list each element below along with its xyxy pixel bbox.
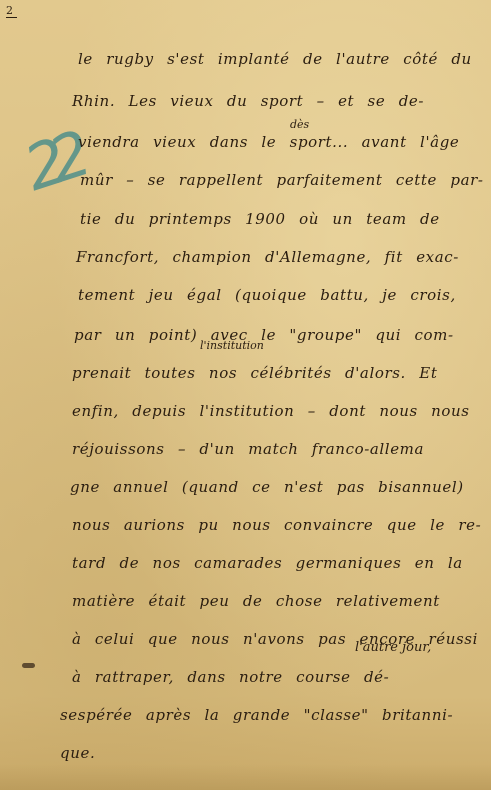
insertion-above: l'institution xyxy=(200,339,264,352)
text-line: Rhin. Les vieux du sport – et se de- xyxy=(72,92,485,110)
text-line: prenait toutes nos célébrités d'alors. E… xyxy=(72,364,485,382)
text-line: mûr – se rappellent parfaitement cette p… xyxy=(80,171,485,189)
text-line: que. xyxy=(60,744,485,762)
text-line: matière était peu de chose relativement xyxy=(72,592,485,610)
paper-fold-shadow xyxy=(0,764,491,790)
text-line: Francfort, champion d'Allemagne, fit exa… xyxy=(76,248,485,266)
text-line: tie du printemps 1900 où un team de xyxy=(80,210,485,228)
text-line: sespérée après la grande "classe" britan… xyxy=(60,706,485,724)
manuscript-page: 2 22 le rugby s'est implanté de l'autre … xyxy=(0,0,491,790)
page-number: 2 xyxy=(6,4,17,18)
text-line: tement jeu égal (quoique battu, je crois… xyxy=(78,286,485,304)
text-line: nous aurions pu nous convaincre que le r… xyxy=(72,516,485,534)
insertion-above: l'autre jour, xyxy=(355,640,431,655)
archive-number-mark: 22 xyxy=(18,126,86,201)
text-line: enfin, depuis l'institution – dont nous … xyxy=(72,402,485,420)
text-line: par un point) avec le "groupe" qui com- xyxy=(74,326,485,344)
text-line: à rattraper, dans notre course dé- xyxy=(72,668,485,686)
text-line: tard de nos camarades germaniques en la xyxy=(72,554,485,572)
text-line: réjouissons – d'un match franco-allema xyxy=(72,440,485,458)
insertion-above: dès xyxy=(290,118,309,131)
text-line: gne annuel (quand ce n'est pas bisannuel… xyxy=(70,478,485,496)
text-line: viendra vieux dans le sport... avant l'â… xyxy=(78,133,485,151)
ink-blot xyxy=(22,663,35,668)
text-line: le rugby s'est implanté de l'autre côté … xyxy=(78,50,485,68)
